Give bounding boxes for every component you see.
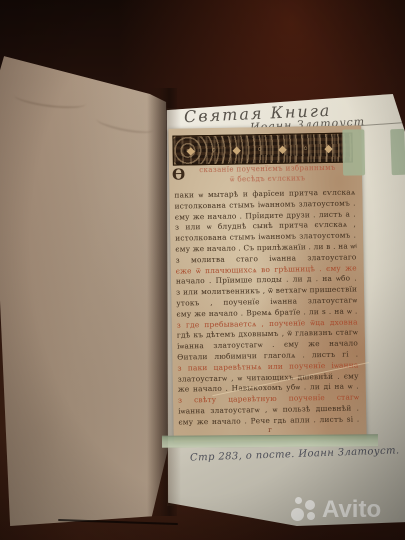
logo-circle xyxy=(307,512,315,520)
table-shadow-line xyxy=(58,519,178,525)
green-edge-strip xyxy=(162,434,378,448)
embossed-writing-mark xyxy=(13,88,86,112)
green-tape-edge-patch xyxy=(390,129,405,175)
ornate-drop-initial: Ѳ xyxy=(172,165,185,183)
embossed-writing-mark xyxy=(95,113,154,137)
red-rubric-title: сказанїе поученїємъ избраннымъ ѿ бесѣдъ … xyxy=(187,163,348,186)
logo-circle xyxy=(305,500,315,510)
avito-circles-icon xyxy=(291,497,318,524)
slavonic-text-block: паки ѡ мытарѣ и фарїсеи притча єѵлскаѧис… xyxy=(174,187,359,428)
avito-wordmark: Avito xyxy=(322,496,381,524)
avito-watermark: Avito xyxy=(291,496,381,524)
logo-circle xyxy=(291,508,304,521)
woodcut-headpiece-ornament: ◆ ◦ ◆ ◦ ◆ ◦ ◆ xyxy=(172,132,352,165)
book-photograph: Святая Книга Иоанн Златоуст ◆ ◦ ◆ ◦ ◆ ◦ … xyxy=(0,0,405,540)
logo-circle xyxy=(295,497,302,504)
printed-leaf: ◆ ◦ ◆ ◦ ◆ ◦ ◆ Ѳ сказанїе поученїємъ избр… xyxy=(168,125,366,442)
green-tape-patch xyxy=(342,129,365,175)
